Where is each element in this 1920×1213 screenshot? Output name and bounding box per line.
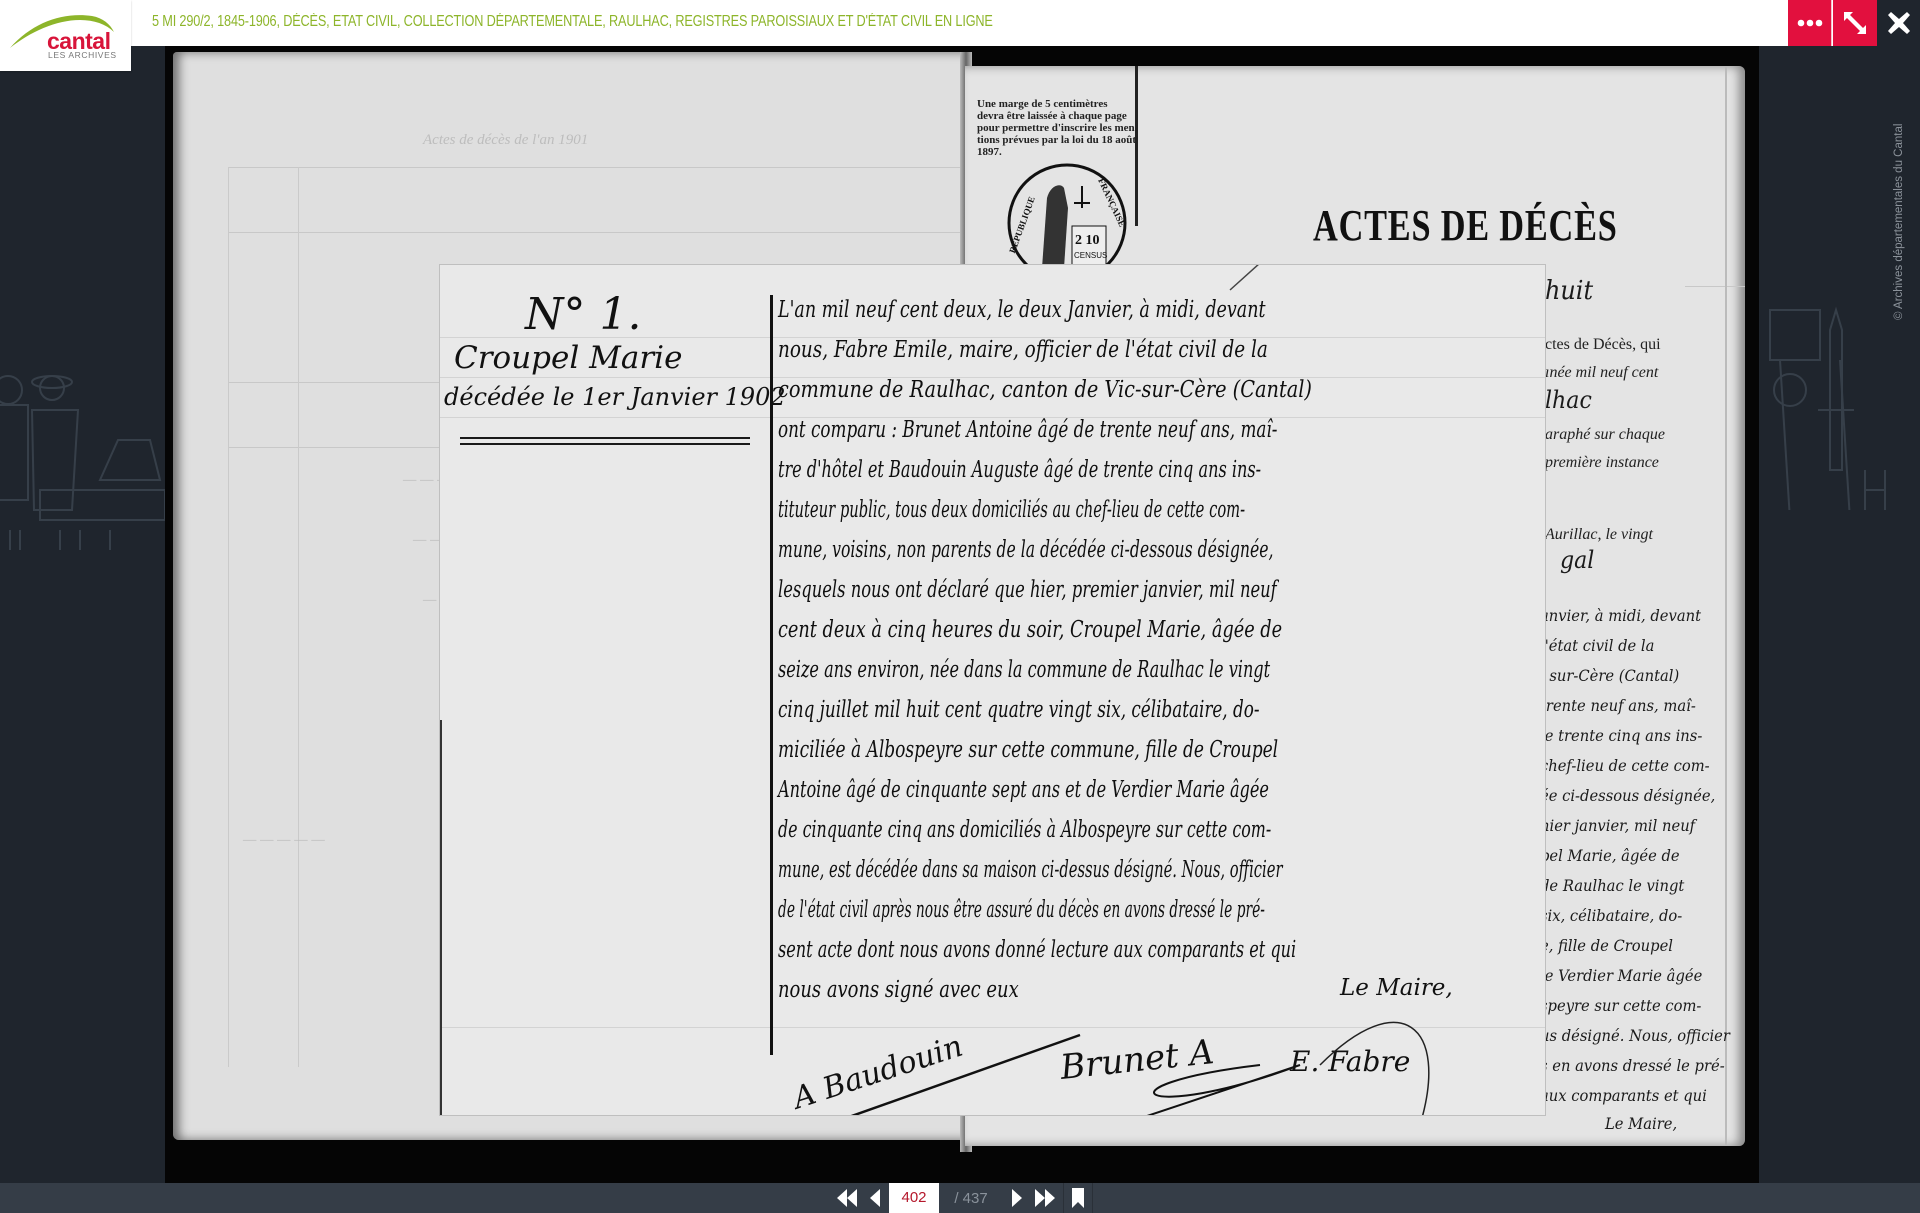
magnifier-lens[interactable]: N° 1. Croupel Marie décédée le 1er Janvi… — [440, 265, 1545, 1115]
signature-flourishes — [440, 265, 1545, 1115]
copyright-notice: © Archives départementales du Cantal — [1893, 80, 1913, 320]
pagination-bar: 402 / 437 — [0, 1183, 1920, 1213]
right-printed-line: ctes de Décès, qui — [1545, 336, 1661, 354]
background-illustration-left — [0, 330, 165, 550]
close-icon — [1888, 12, 1910, 34]
bookmark-icon — [1072, 1188, 1084, 1208]
double-chevron-left-icon — [836, 1189, 858, 1207]
fullscreen-button[interactable] — [1833, 0, 1877, 46]
register-heading: ACTES DE DÉCÈS — [1313, 200, 1618, 251]
archive-viewer: cantal LES ARCHIVES 5 MI 290/2, 1845-190… — [0, 0, 1920, 1213]
copyright-text: © Archives départementales du Cantal — [1893, 124, 1905, 320]
close-button[interactable] — [1877, 0, 1920, 46]
pagination-controls: 402 / 437 — [833, 1183, 1093, 1213]
right-printed-line: ınée mil neuf cent — [1545, 364, 1658, 382]
cantal-logo[interactable]: cantal LES ARCHIVES — [0, 0, 131, 71]
chevron-left-icon — [869, 1189, 881, 1207]
right-printed-line: araphé sur chaque — [1545, 426, 1665, 444]
previous-page-button[interactable] — [861, 1183, 889, 1213]
printed-margin-note: Une marge de 5 centimètres devra être la… — [977, 98, 1187, 158]
svg-text:CENSUS: CENSUS — [1074, 251, 1107, 260]
right-handwriting-top: huit — [1545, 276, 1593, 306]
next-page-button[interactable] — [1003, 1183, 1031, 1213]
svg-text:2 10: 2 10 — [1075, 233, 1100, 248]
right-printed-line: Aurillac, le vingt — [1545, 526, 1653, 544]
right-handwriting-top: lhac — [1545, 386, 1592, 414]
chevron-right-icon — [1011, 1189, 1023, 1207]
more-options-button[interactable] — [1788, 0, 1832, 46]
current-page-input[interactable]: 402 — [889, 1183, 939, 1213]
right-handwriting-top: gal — [1560, 546, 1594, 574]
first-page-button[interactable] — [833, 1183, 861, 1213]
right-printed-line: première instance — [1545, 454, 1659, 472]
ellipsis-icon — [1797, 19, 1823, 27]
last-page-button[interactable] — [1031, 1183, 1059, 1213]
total-pages: / 437 — [939, 1190, 1003, 1207]
background-illustration-right — [1760, 300, 1890, 510]
document-title: 5 MI 290/2, 1845-1906, DÉCÈS, ETAT CIVIL… — [152, 13, 993, 31]
double-chevron-right-icon — [1034, 1189, 1056, 1207]
expand-arrows-icon — [1842, 10, 1868, 36]
header-bar: cantal LES ARCHIVES 5 MI 290/2, 1845-190… — [0, 0, 1920, 46]
bookmark-button[interactable] — [1063, 1183, 1093, 1213]
logo-subtitle: LES ARCHIVES — [48, 50, 117, 60]
tax-stamp-icon: 2 10 CENSUS F.1 RÉPUBLIQUE FRANÇAISE — [1002, 158, 1132, 278]
